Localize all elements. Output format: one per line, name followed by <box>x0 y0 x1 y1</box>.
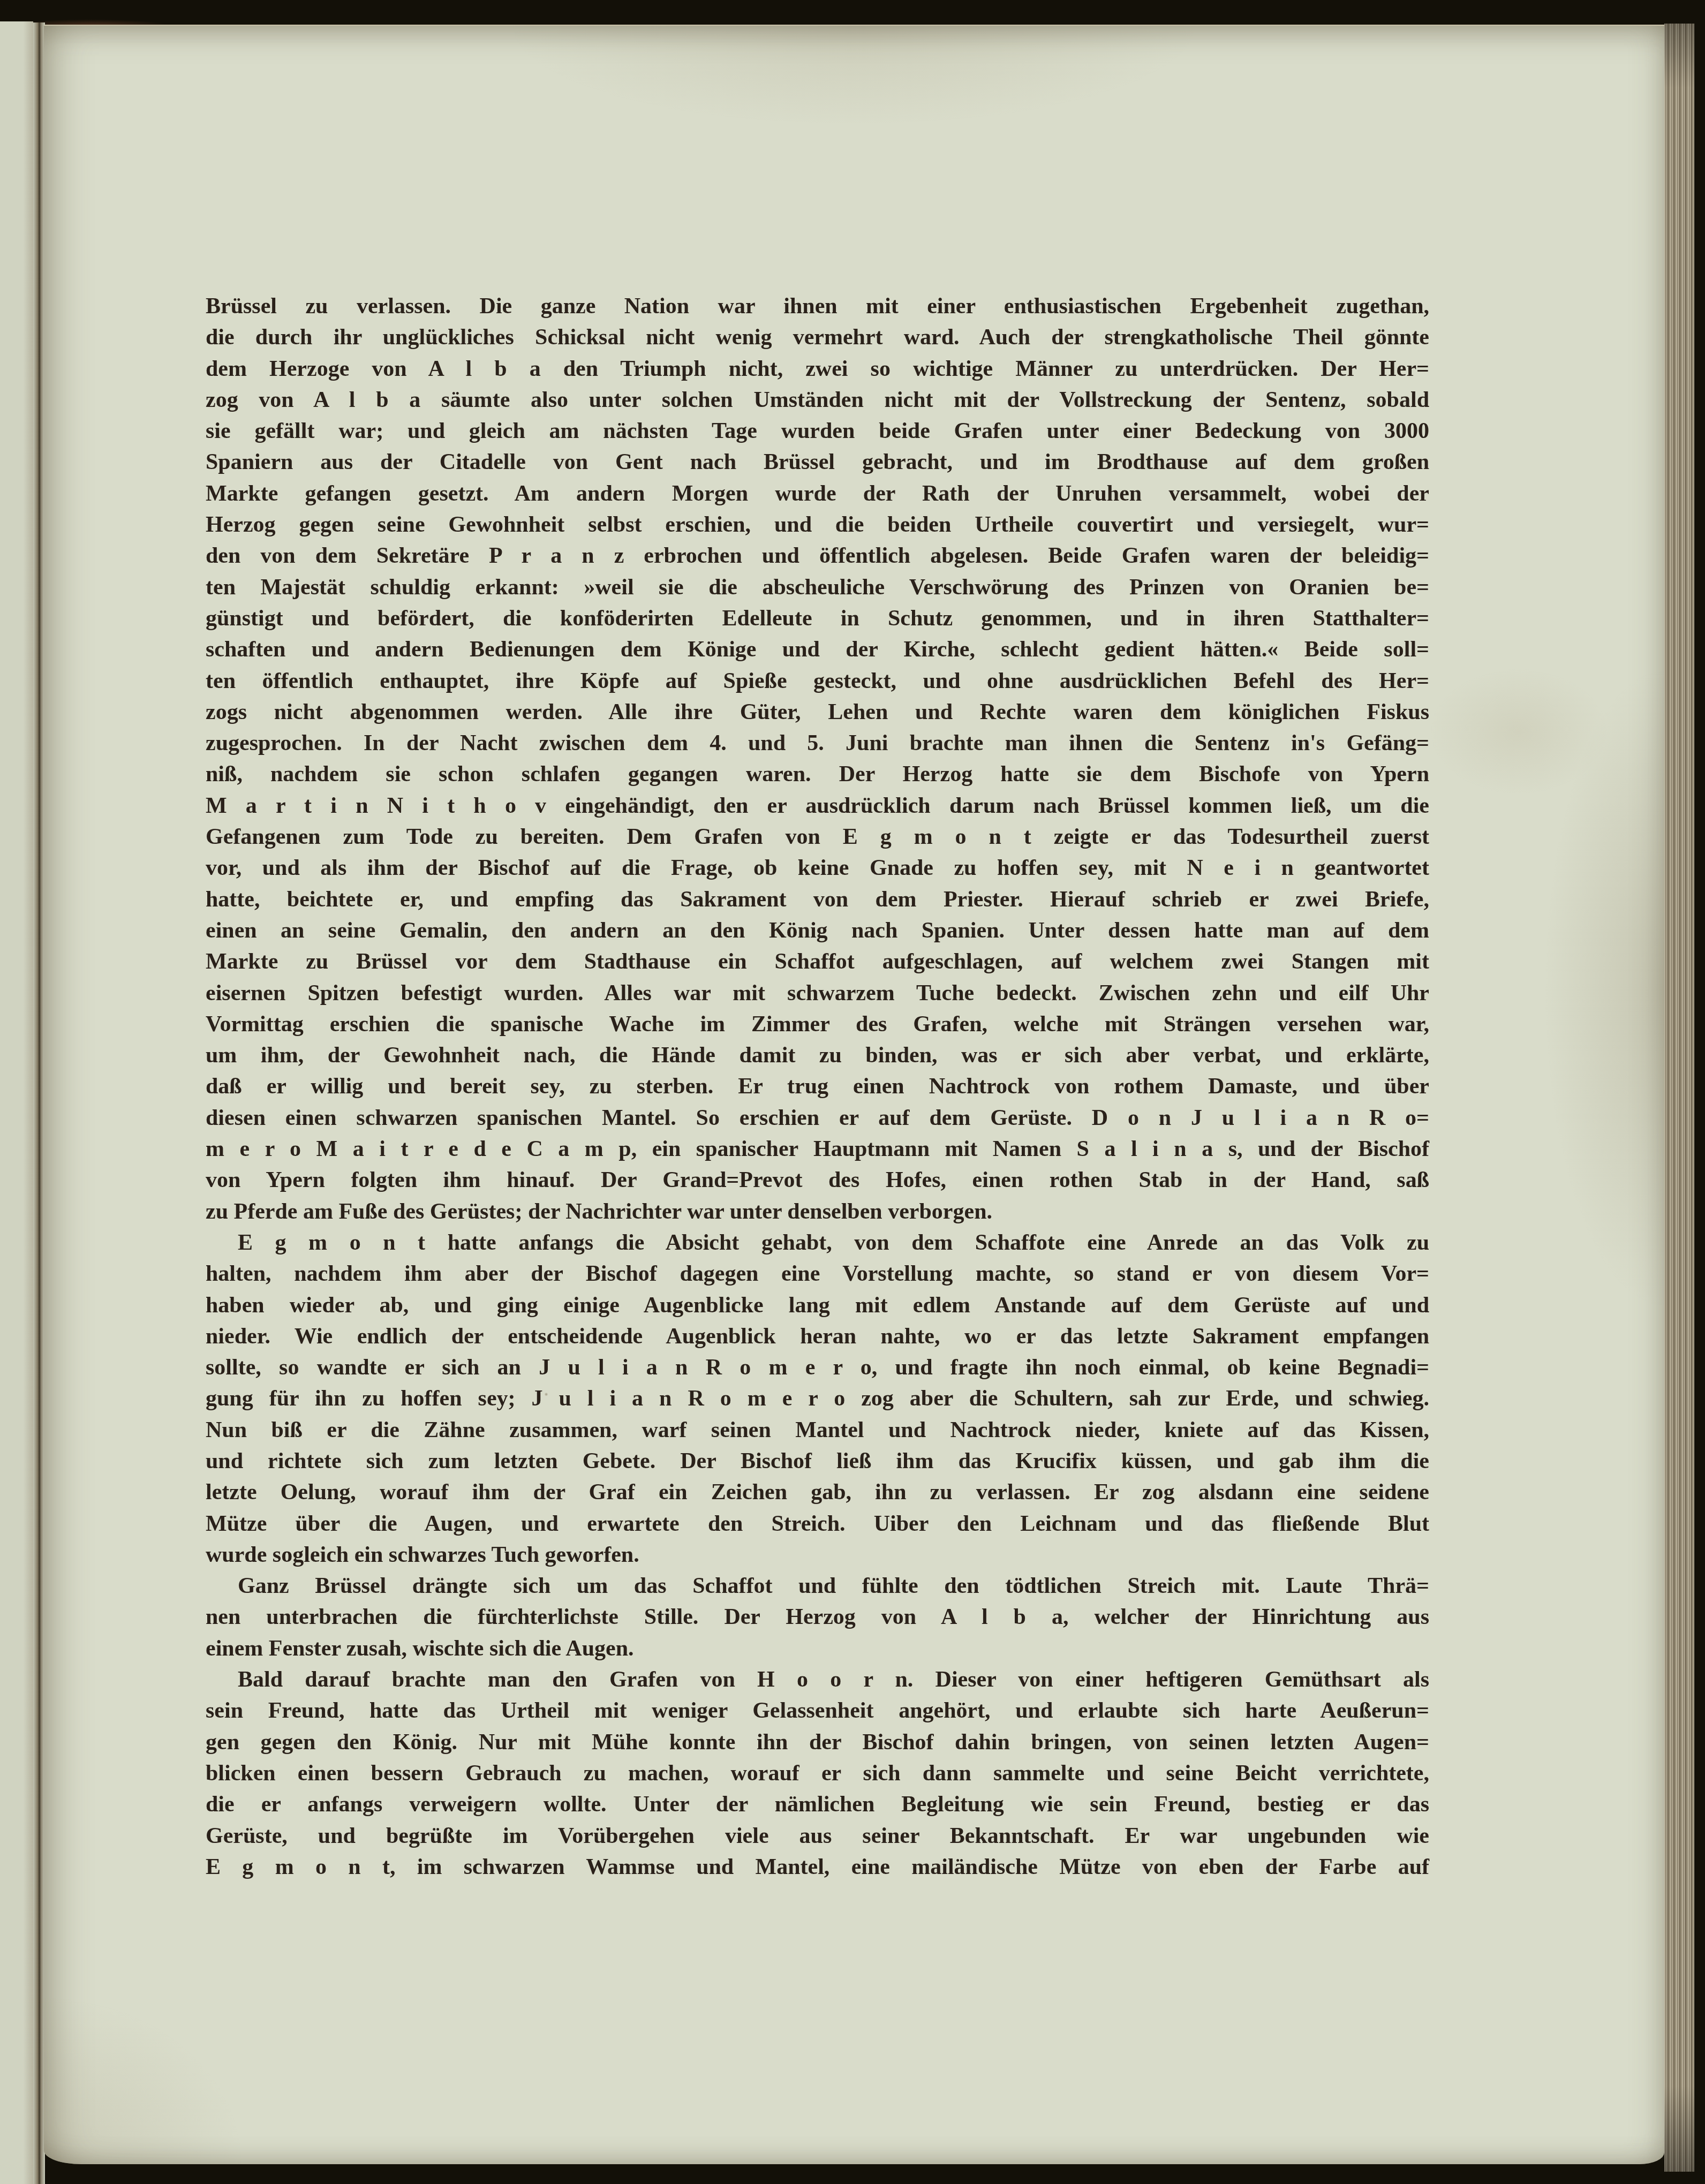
page-text-block: Brüssel zu verlassen. Die ganze Nation w… <box>206 291 1429 1883</box>
text-line: von Ypern folgten ihm hinauf. Der Grand=… <box>206 1165 1429 1196</box>
text-line: daß er willig und bereit sey, zu sterben… <box>206 1071 1429 1102</box>
text-line: M a r t i n N i t h o v eingehändigt, de… <box>206 790 1429 821</box>
text-line: schaften und andern Bedienungen dem Köni… <box>206 634 1429 665</box>
text-line: dem Herzoge von A l b a den Triumph nich… <box>206 353 1429 384</box>
text-line: einen an seine Gemalin, den andern an de… <box>206 915 1429 946</box>
page-edge-stack <box>1664 24 1694 2172</box>
text-line: zu Pferde am Fuße des Gerüstes; der Nach… <box>206 1196 1429 1227</box>
text-line: ten öffentlich enthauptet, ihre Köpfe au… <box>206 666 1429 697</box>
book-page: Brüssel zu verlassen. Die ganze Nation w… <box>44 25 1664 2164</box>
text-line: Spaniern aus der Citadelle von Gent nach… <box>206 447 1429 478</box>
text-line: Vormittag erschien die spanische Wache i… <box>206 1009 1429 1040</box>
text-line: sie gefällt war; und gleich am nächsten … <box>206 415 1429 447</box>
text-line: halten, nachdem ihm aber der Bischof dag… <box>206 1258 1429 1289</box>
text-line: die durch ihr unglückliches Schicksal ni… <box>206 322 1429 353</box>
book-gutter-crease <box>33 22 45 2184</box>
text-line: um ihm, der Gewohnheit nach, die Hände d… <box>206 1040 1429 1071</box>
text-line: hatte, beichtete er, und empfing das Sak… <box>206 884 1429 915</box>
text-line: einem Fenster zusah, wischte sich die Au… <box>206 1633 1429 1664</box>
text-line: letzte Oelung, worauf ihm der Graf ein Z… <box>206 1477 1429 1508</box>
text-line: niß, nachdem sie schon schlafen gegangen… <box>206 759 1429 790</box>
book-scan: Brüssel zu verlassen. Die ganze Nation w… <box>0 0 1705 2184</box>
text-line: sein Freund, hatte das Urtheil mit wenig… <box>206 1695 1429 1726</box>
facing-page-edge <box>0 21 33 2184</box>
text-line: haben wieder ab, und ging einige Augenbl… <box>206 1290 1429 1321</box>
text-line: Markte zu Brüssel vor dem Stadthause ein… <box>206 946 1429 977</box>
text-line: den von dem Sekretäre P r a n z erbroche… <box>206 540 1429 571</box>
text-line: diesen einen schwarzen spanischen Mantel… <box>206 1102 1429 1133</box>
text-line: ten Majestät schuldig erkannt: »weil sie… <box>206 572 1429 603</box>
text-line: E g m o n t, im schwarzen Wammse und Man… <box>206 1852 1429 1883</box>
text-line: nieder. Wie endlich der entscheidende Au… <box>206 1321 1429 1352</box>
text-line: gen gegen den König. Nur mit Mühe konnte… <box>206 1727 1429 1758</box>
text-line: wurde sogleich ein schwarzes Tuch geworf… <box>206 1539 1429 1570</box>
text-line: Herzog gegen seine Gewohnheit selbst ers… <box>206 509 1429 540</box>
text-line: Gerüste, und begrüßte im Vorübergehen vi… <box>206 1820 1429 1852</box>
text-line: Brüssel zu verlassen. Die ganze Nation w… <box>206 291 1429 322</box>
text-line: sollte, so wandte er sich an J u l i a n… <box>206 1352 1429 1383</box>
text-line: eisernen Spitzen befestigt wurden. Alles… <box>206 978 1429 1009</box>
text-line: Markte gefangen gesetzt. Am andern Morge… <box>206 478 1429 509</box>
text-line: zog von A l b a säumte also unter solche… <box>206 384 1429 415</box>
text-line: blicken einen bessern Gebrauch zu machen… <box>206 1758 1429 1789</box>
text-line: Gefangenen zum Tode zu bereiten. Dem Gra… <box>206 821 1429 852</box>
text-line: und richtete sich zum letzten Gebete. De… <box>206 1446 1429 1477</box>
text-line: die er anfangs verweigern wollte. Unter … <box>206 1789 1429 1820</box>
text-line: vor, und als ihm der Bischof auf die Fra… <box>206 852 1429 883</box>
text-line: zugesprochen. In der Nacht zwischen dem … <box>206 728 1429 759</box>
text-line: Bald darauf brachte man den Grafen von H… <box>206 1664 1429 1695</box>
text-line: E g m o n t hatte anfangs die Absicht ge… <box>206 1227 1429 1258</box>
text-line: m e r o M a i t r e d e C a m p, ein spa… <box>206 1133 1429 1165</box>
text-line: günstigt und befördert, die konföderirte… <box>206 603 1429 634</box>
text-line: zogs nicht abgenommen werden. Alle ihre … <box>206 697 1429 728</box>
text-line: Mütze über die Augen, und erwartete den … <box>206 1508 1429 1539</box>
text-line: gung für ihn zu hoffen sey; J u l i a n … <box>206 1383 1429 1414</box>
text-line: Ganz Brüssel drängte sich um das Schaffo… <box>206 1570 1429 1601</box>
text-line: Nun biß er die Zähne zusammen, warf sein… <box>206 1415 1429 1446</box>
text-line: nen unterbrachen die fürchterlichste Sti… <box>206 1601 1429 1633</box>
